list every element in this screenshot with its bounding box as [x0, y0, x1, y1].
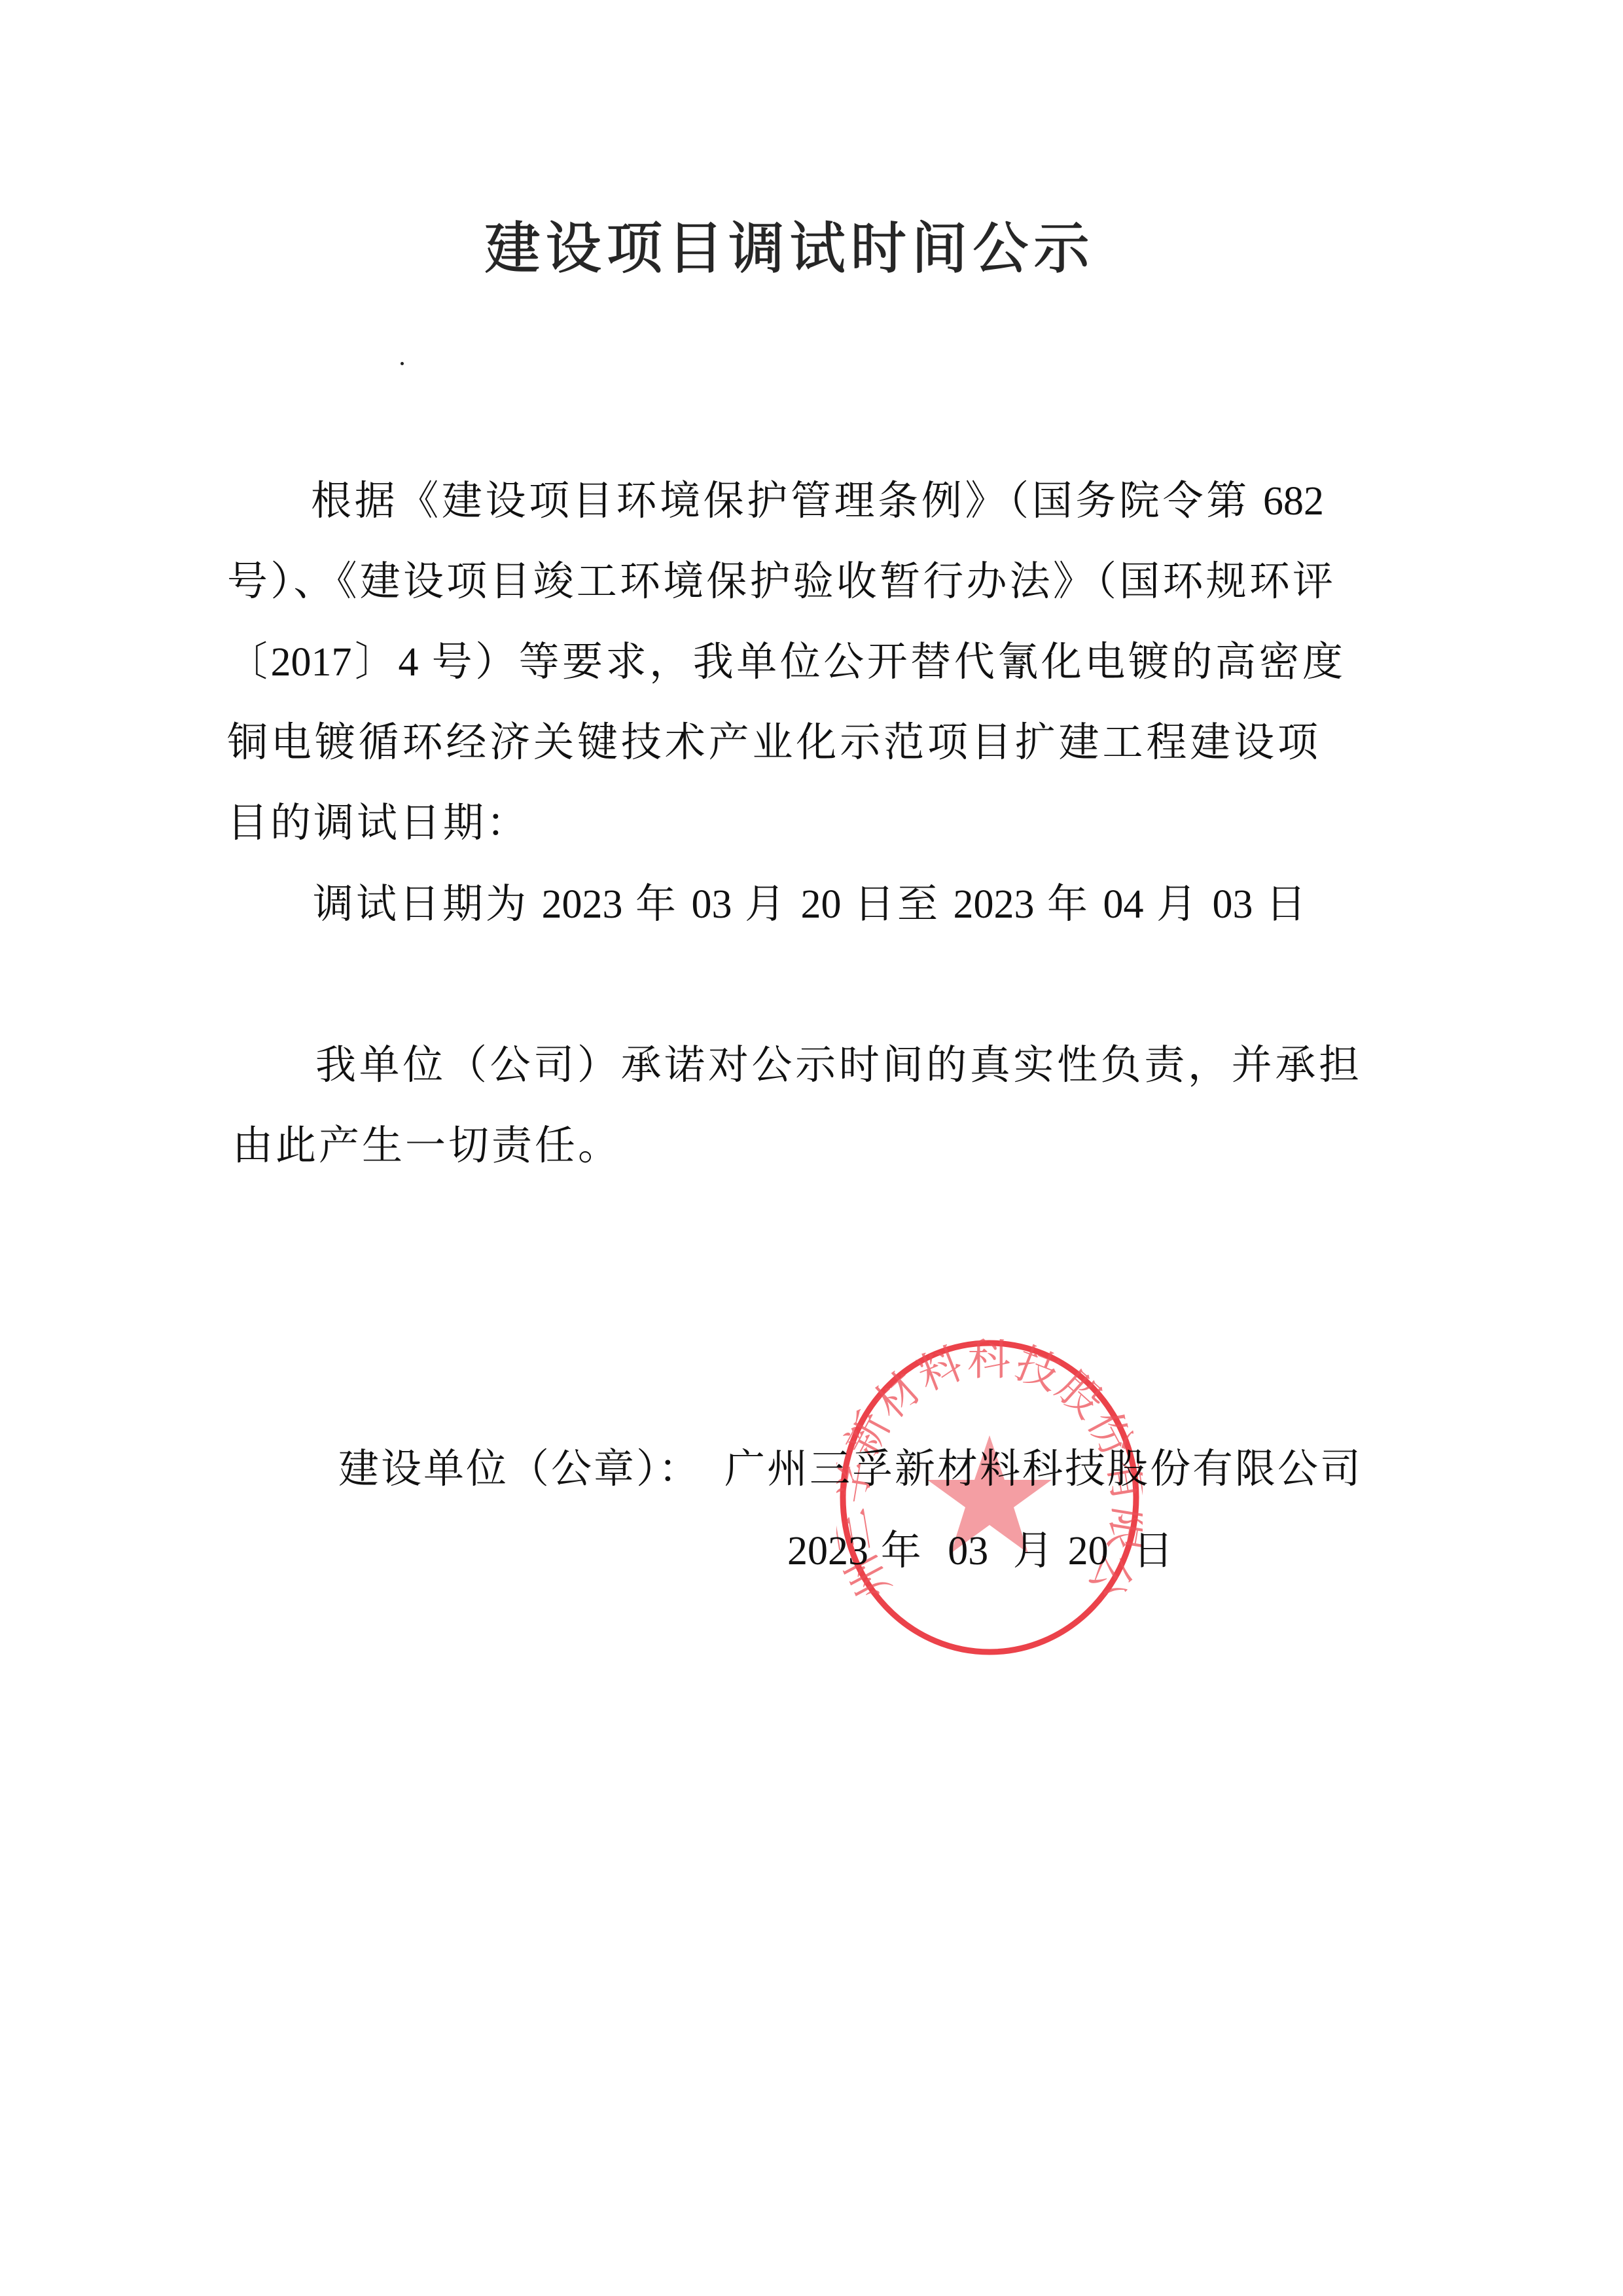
signature-label: 建设单位（公章）：: [338, 1446, 701, 1493]
signature-line: 建设单位（公章）： 广州三孚新材料科技股份有限公司: [338, 1446, 1363, 1493]
commitment-line-2: 由此产生一切责任。: [232, 1122, 621, 1170]
paragraph1-line-5: 目的调试日期：: [227, 800, 529, 847]
signature-company: 广州三孚新材料科技股份有限公司: [724, 1446, 1363, 1493]
paragraph1-line-2: 号）、《建设项目竣工环境保护验收暂行办法》（国环规环评: [227, 558, 1333, 605]
signature-date: 2023 年 03 月 20 日: [787, 1528, 1173, 1575]
scan-speck: [401, 362, 404, 365]
commitment-line-1: 我单位（公司）承诺对公示时间的真实性负责，并承担: [315, 1042, 1359, 1089]
paragraph1-line-4: 铜电镀循环经济关键技术产业化示范项目扩建工程建设项: [227, 719, 1318, 766]
paragraph1-line-3: 〔2017〕4 号）等要求，我单位公开替代氰化电镀的高密度: [227, 639, 1343, 686]
page-title: 建设项目调试时间公示: [484, 216, 1090, 281]
debug-period-line: 调试日期为 2023 年 03 月 20 日至 2023 年 04 月 03 日: [313, 881, 1306, 928]
company-seal-stamp: 广州三孚新材料科技股份有限公司: [836, 1337, 1143, 1658]
paragraph1-line-1: 根据《建设项目环境保护管理条例》（国务院令第 682: [311, 478, 1324, 525]
document-page: 建设项目调试时间公示 根据《建设项目环境保护管理条例》（国务院令第 682 号）…: [0, 0, 1623, 2296]
